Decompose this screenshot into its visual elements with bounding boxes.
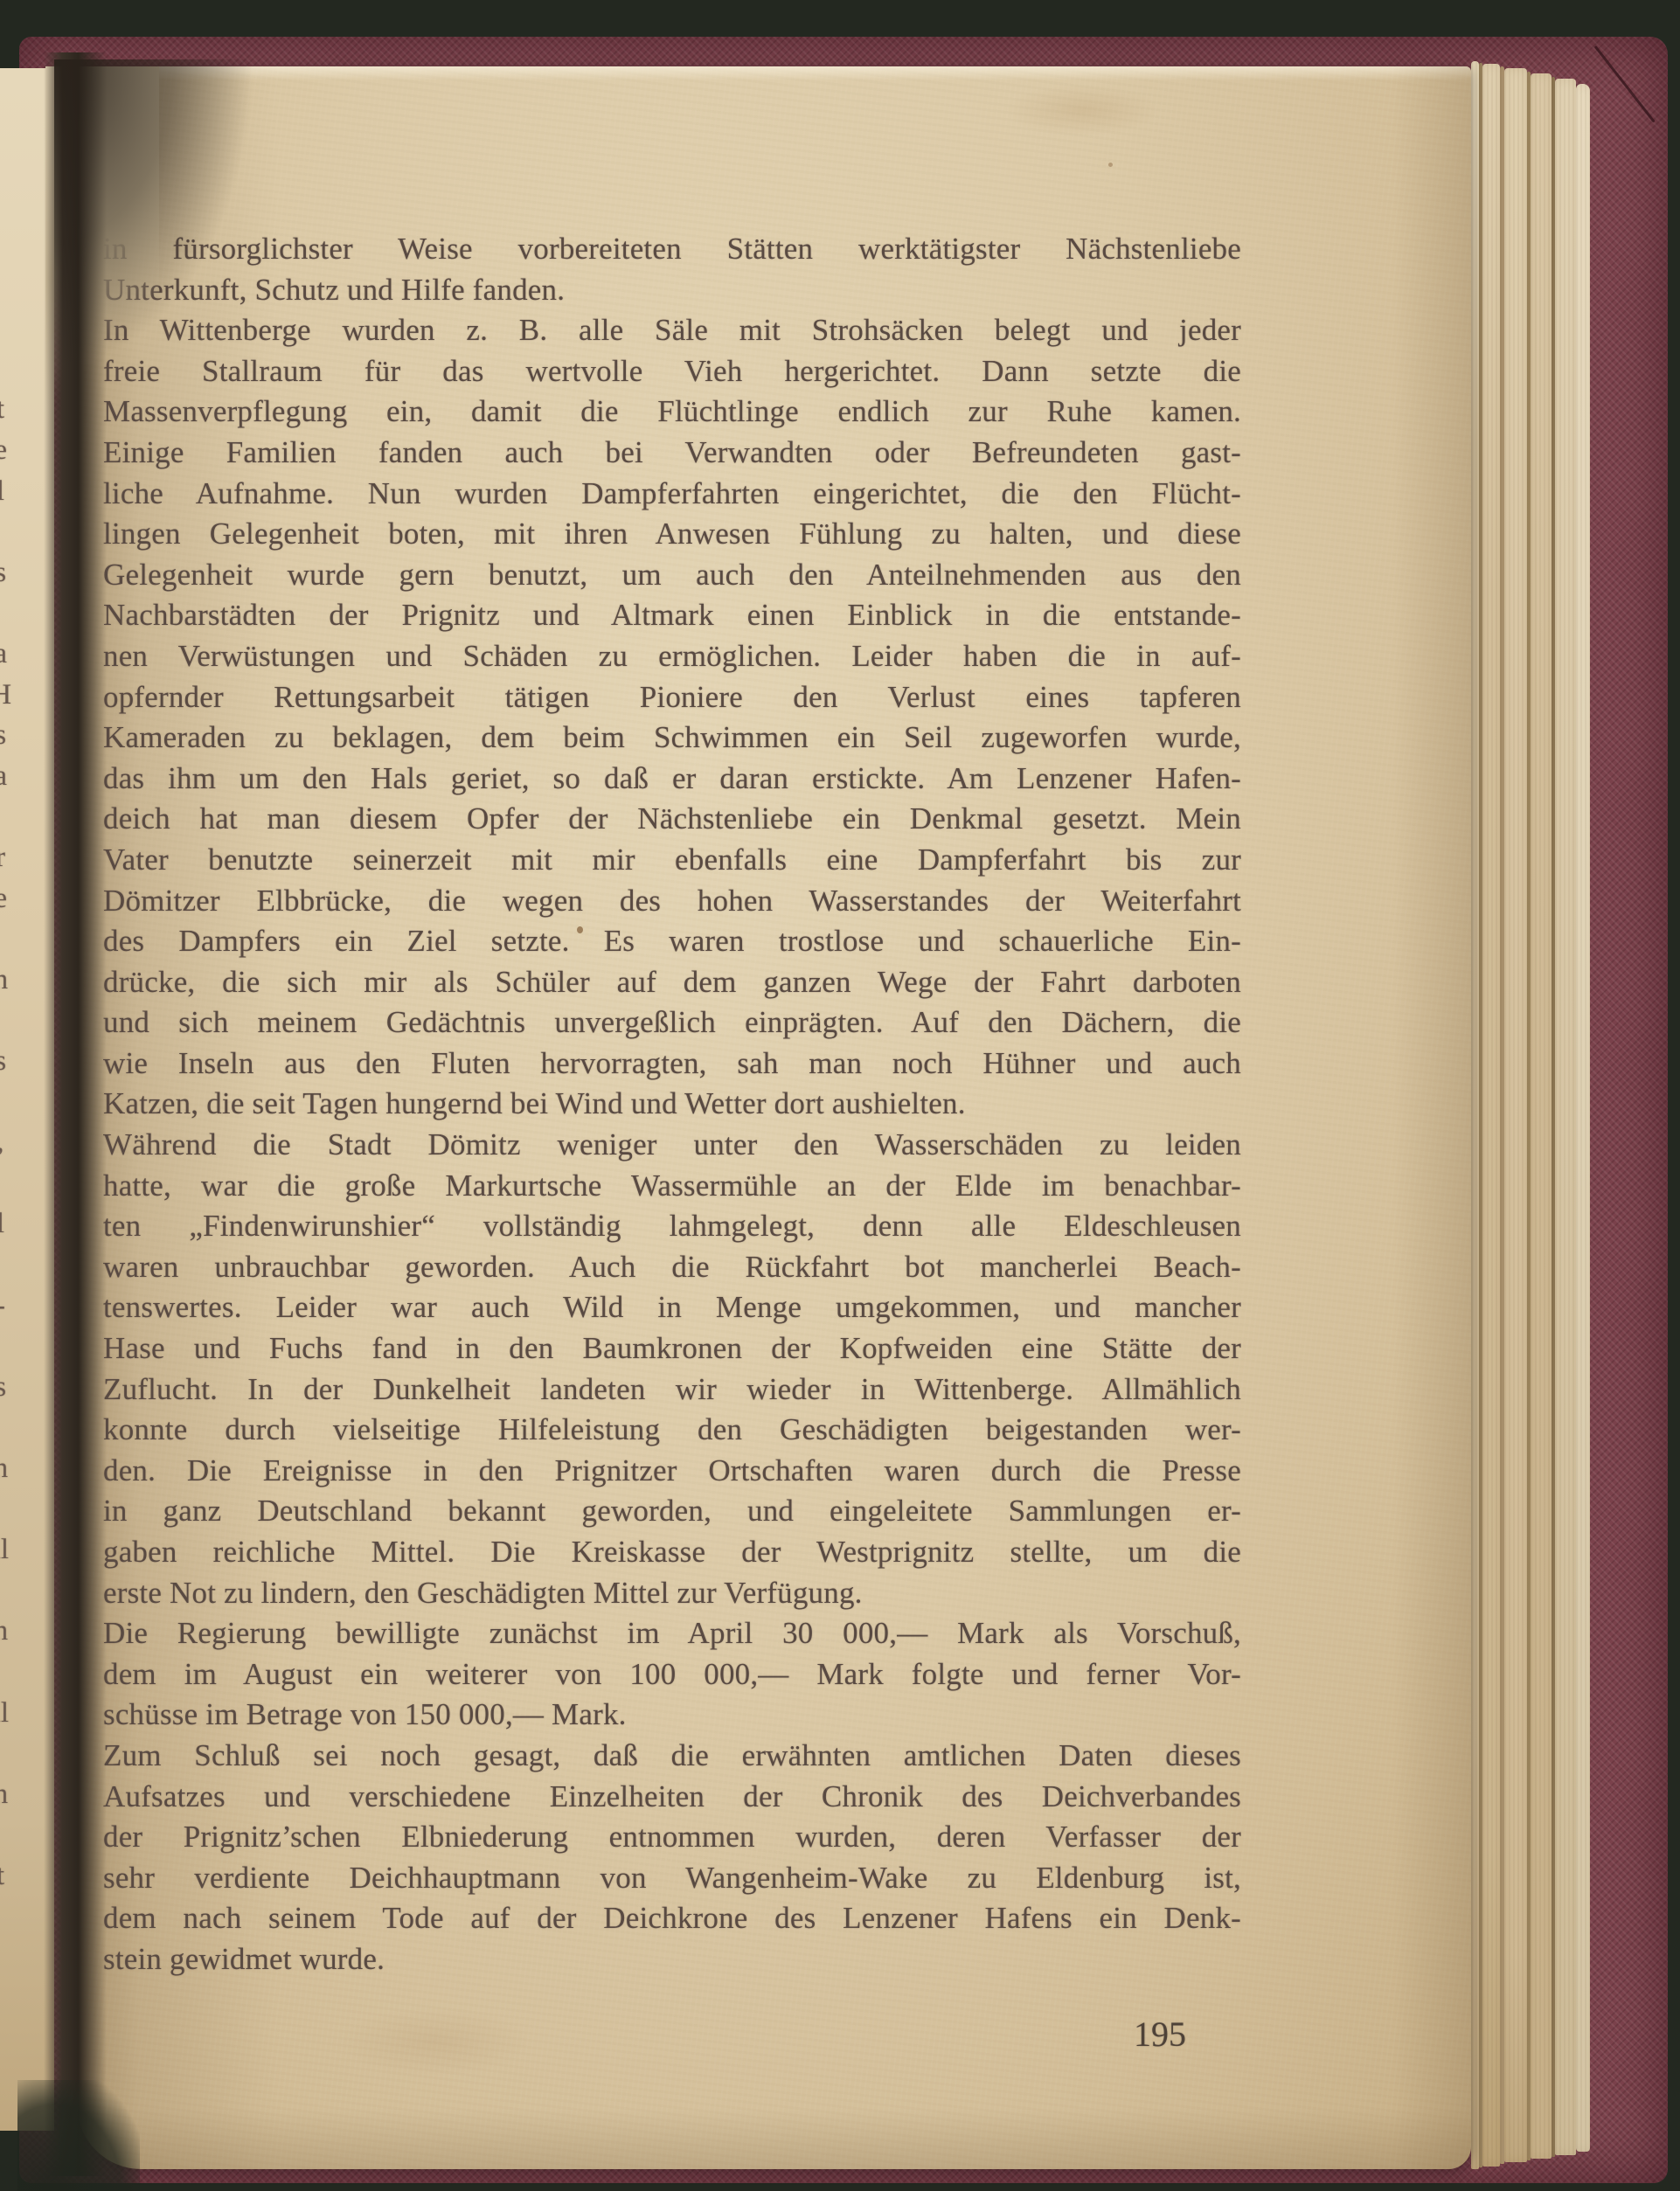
text-line: und sich meinem Gedächtnis unvergeßlich … xyxy=(103,1002,1241,1043)
text-line: nen Verwüstungen und Schäden zu ermöglic… xyxy=(103,636,1241,677)
ink-speck xyxy=(1108,163,1113,167)
paragraph: in fürsorglichster Weise vorbereiteten S… xyxy=(103,229,1241,310)
page-number: 195 xyxy=(1134,2014,1186,2055)
text-line: das ihm um den Hals geriet, so daß er da… xyxy=(103,759,1241,800)
gutter-top-shadow xyxy=(54,59,273,496)
page-edge-strip xyxy=(1504,68,1527,2162)
page-top-highlight xyxy=(77,66,1471,80)
text-line: Massenverpflegung ein, damit die Flüchtl… xyxy=(103,392,1241,433)
left-page-text-fragment: s xyxy=(0,555,6,590)
text-line: Unterkunft, Schutz und Hilfe fanden. xyxy=(103,270,1241,311)
left-page-text-fragment: a xyxy=(0,636,7,671)
left-page-text-fragment: n xyxy=(0,962,8,997)
page-edge-strip xyxy=(1555,79,1576,2155)
left-page-text-fragment: H xyxy=(0,677,11,712)
text-line: Einige Familien fanden auch bei Verwandt… xyxy=(103,433,1241,474)
page-edge-strip xyxy=(1482,64,1500,2167)
bottom-shading xyxy=(77,2108,1471,2169)
text-line: hatte, war die große Markurtsche Wasserm… xyxy=(103,1166,1241,1207)
paragraph: Während die Stadt Dömitz weniger unter d… xyxy=(103,1125,1241,1613)
left-page-text-fragment: s xyxy=(0,718,6,752)
text-line: Während die Stadt Dömitz weniger unter d… xyxy=(103,1125,1241,1166)
text-line: Dömitzer Elbbrücke, die wegen des hohen … xyxy=(103,881,1241,922)
left-page-text-fragment: , xyxy=(0,1125,4,1160)
fore-edge-shading xyxy=(1392,66,1471,2169)
left-page-text-fragment: n xyxy=(0,1451,8,1486)
text-line: Hase und Fuchs fand in den Baumkronen de… xyxy=(103,1328,1241,1369)
left-page-text-fragment: s xyxy=(0,1043,6,1078)
text-line: Zum Schluß sei noch gesagt, daß die erwä… xyxy=(103,1736,1241,1777)
text-line: waren unbrauchbar geworden. Auch die Rüc… xyxy=(103,1247,1241,1288)
left-page-text-fragment: e xyxy=(0,433,7,468)
text-line: Nachbarstädten der Prignitz und Altmark … xyxy=(103,595,1241,636)
page-edge-strip xyxy=(1531,73,1552,2159)
text-line: stein gewidmet wurde. xyxy=(103,1939,1241,1980)
left-page-text-fragment: n xyxy=(0,1613,8,1648)
text-line: Die Regierung bewilligte zunächst im Apr… xyxy=(103,1613,1241,1654)
text-line: In Wittenberge wurden z. B. alle Säle mi… xyxy=(103,310,1241,351)
left-page-text-fragment: r xyxy=(0,840,5,875)
left-page-text-fragment: e xyxy=(0,881,7,916)
page-edge-strip xyxy=(1471,61,1479,2169)
text-line: gaben reichliche Mittel. Die Kreiskasse … xyxy=(103,1532,1241,1573)
text-line: Vater benutzte seinerzeit mit mir ebenfa… xyxy=(103,840,1241,881)
paragraph: In Wittenberge wurden z. B. alle Säle mi… xyxy=(103,310,1241,1125)
text-line: in fürsorglichster Weise vorbereiteten S… xyxy=(103,229,1241,270)
text-line: opfernder Rettungsarbeit tätigen Pionier… xyxy=(103,677,1241,718)
gutter-bottom-shadow xyxy=(17,2080,140,2191)
paper-stain xyxy=(339,2007,531,2077)
text-line: Zuflucht. In der Dunkelheit landeten wir… xyxy=(103,1369,1241,1411)
text-line: drücke, die sich mir als Schüler auf dem… xyxy=(103,962,1241,1003)
text-line: freie Stallraum für das wertvolle Vieh h… xyxy=(103,351,1241,392)
page-edge-strip xyxy=(1576,84,1590,2152)
text-line: dem im August ein weiterer von 100 000,—… xyxy=(103,1654,1241,1695)
text-line: des Dampfers ein Ziel setzte. Es waren t… xyxy=(103,921,1241,962)
text-line: der Prignitz’schen Elbniederung entnomme… xyxy=(103,1817,1241,1858)
text-block: in fürsorglichster Weise vorbereiteten S… xyxy=(103,229,1241,1980)
paragraph: Zum Schluß sei noch gesagt, daß die erwä… xyxy=(103,1736,1241,1980)
text-line: lingen Gelegenheit boten, mit ihren Anwe… xyxy=(103,514,1241,555)
text-line: tenswertes. Leider war auch Wild in Meng… xyxy=(103,1287,1241,1328)
left-page-text-fragment: l xyxy=(0,474,4,509)
text-line: erste Not zu lindern, den Geschädigten M… xyxy=(103,1573,1241,1614)
left-page-text-fragment: t xyxy=(0,1858,4,1893)
text-line: den. Die Ereignisse in den Prignitzer Or… xyxy=(103,1451,1241,1492)
paper-stain xyxy=(1003,84,1161,136)
left-page-text-fragment: t xyxy=(0,392,4,426)
text-line: Gelegenheit wurde gern benutzt, um auch … xyxy=(103,555,1241,596)
left-page-text-fragment: - xyxy=(0,1288,5,1323)
book-page: in fürsorglichster Weise vorbereiteten S… xyxy=(77,66,1471,2169)
text-line: sehr verdiente Deichhauptmann von Wangen… xyxy=(103,1858,1241,1899)
left-page-text-fragment: s xyxy=(0,1369,6,1404)
text-line: wie Inseln aus den Fluten hervorragten, … xyxy=(103,1043,1241,1085)
text-line: ten „Findenwirunshier“ vollständig lahmg… xyxy=(103,1206,1241,1247)
left-page-text-fragment: il xyxy=(0,1695,9,1730)
text-line: liche Aufnahme. Nun wurden Dampferfahrte… xyxy=(103,474,1241,515)
text-line: Aufsatzes und verschiedene Einzelheiten … xyxy=(103,1777,1241,1818)
text-line: dem nach seinem Tode auf der Deichkrone … xyxy=(103,1898,1241,1939)
text-line: Kameraden zu beklagen, dem beim Schwimme… xyxy=(103,718,1241,759)
text-line: schüsse im Betrage von 150 000,— Mark. xyxy=(103,1695,1241,1736)
text-line: konnte durch vielseitige Hilfeleistung d… xyxy=(103,1410,1241,1451)
paragraph: Die Regierung bewilligte zunächst im Apr… xyxy=(103,1613,1241,1736)
left-page-text-fragment: l xyxy=(0,1206,4,1241)
text-line: deich hat man diesem Opfer der Nächstenl… xyxy=(103,799,1241,840)
scanned-book-page-photo: { "colors": { "background": "#232820", "… xyxy=(0,0,1680,2191)
text-line: Katzen, die seit Tagen hungernd bei Wind… xyxy=(103,1084,1241,1125)
left-page-text-fragment: il xyxy=(0,1532,9,1567)
left-page-text-fragment: a xyxy=(0,759,7,794)
left-page-text-fragment: n xyxy=(0,1777,8,1812)
text-line: in ganz Deutschland bekannt geworden, un… xyxy=(103,1491,1241,1532)
